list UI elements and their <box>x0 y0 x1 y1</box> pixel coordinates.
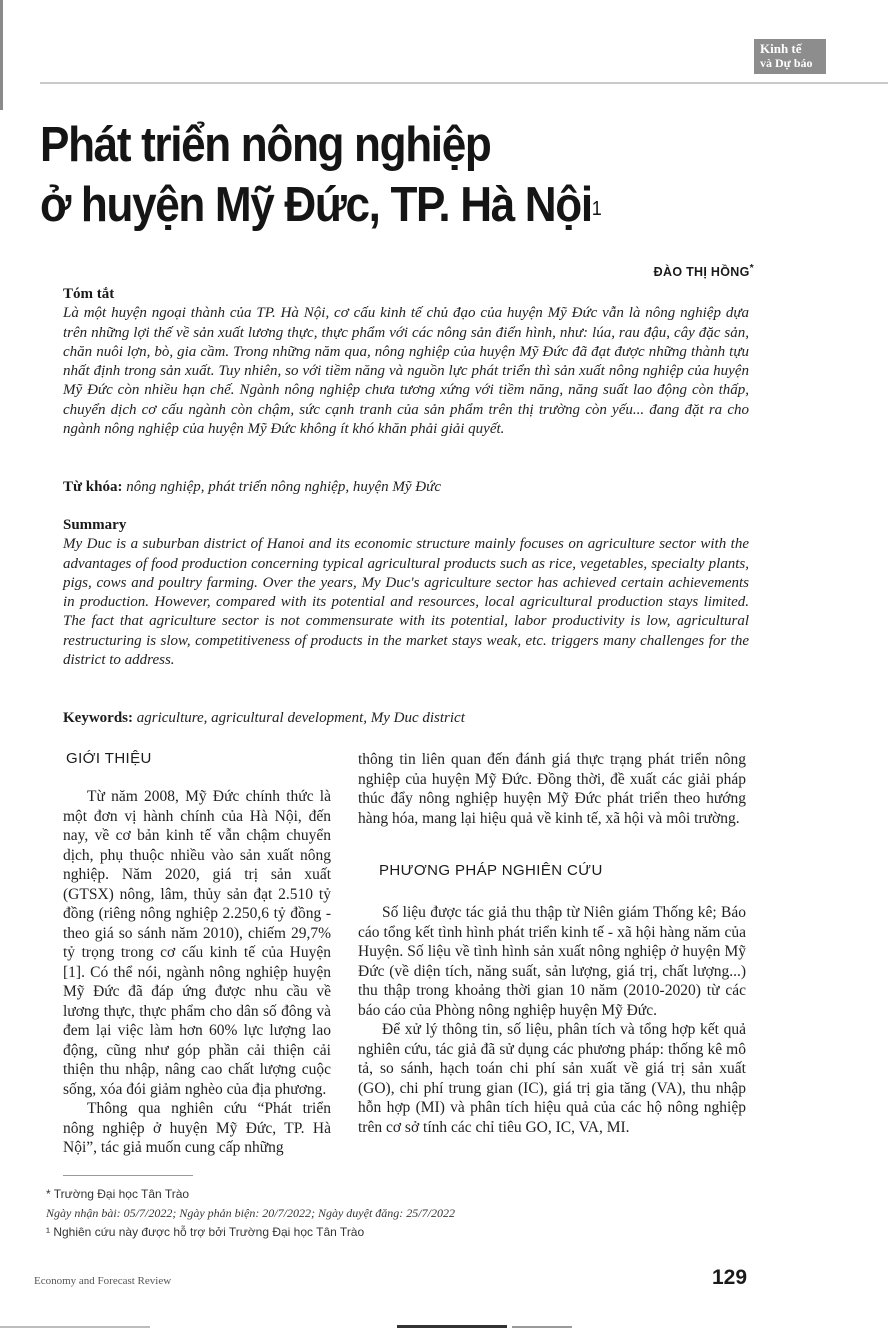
logo-line-1: Kinh tế <box>760 42 820 56</box>
intro-paragraph-2: Thông qua nghiên cứu “Phát triển nông ng… <box>63 1099 331 1158</box>
footnotes: * Trường Đại học Tân Trào Ngày nhận bài:… <box>46 1185 455 1242</box>
intro-paragraph-1: Từ năm 2008, Mỹ Đức chính thức là một đơ… <box>63 787 331 1099</box>
title-footnote-mark: 1 <box>592 198 601 220</box>
header-divider <box>40 82 888 84</box>
title-line-2: ở huyện Mỹ Đức, TP. Hà Nội1 <box>40 175 724 235</box>
section-heading-intro: GIỚI THIỆU <box>66 750 152 767</box>
abstract-vietnamese: Tóm tắt Là một huyện ngoại thành của TP.… <box>63 285 749 439</box>
footnote-dates: Ngày nhận bài: 05/7/2022; Ngày phản biện… <box>46 1204 455 1223</box>
logo-line-2: và Dự báo <box>760 56 820 70</box>
title-line-1: Phát triển nông nghiệp <box>40 115 724 175</box>
section-heading-methods: PHƯƠNG PHÁP NGHIÊN CỨU <box>379 862 603 879</box>
abstract-en-heading: Summary <box>63 516 749 535</box>
article-title: Phát triển nông nghiệp ở huyện Mỹ Đức, T… <box>40 115 724 235</box>
keywords-vietnamese: Từ khóa: nông nghiệp, phát triển nông ng… <box>63 479 441 496</box>
methods-paragraph-2: Để xử lý thông tin, số liệu, phân tích v… <box>358 1020 746 1137</box>
methods-paragraph-1: Số liệu được tác giả thu thập từ Niên gi… <box>358 903 746 1020</box>
column-right-methods: Số liệu được tác giả thu thập từ Niên gi… <box>358 903 746 1137</box>
author-name: ĐÀO THỊ HỒNG* <box>654 263 754 279</box>
abstract-en-text: My Duc is a suburban district of Hanoi a… <box>63 535 749 670</box>
journal-page: Kinh tế và Dự báo Phát triển nông nghiệp… <box>0 0 888 1330</box>
intro-paragraph-2-continued: thông tin liên quan đến đánh giá thực tr… <box>358 750 746 828</box>
keywords-english: Keywords: agriculture, agricultural deve… <box>63 710 465 727</box>
journal-name-footer: Economy and Forecast Review <box>34 1275 171 1287</box>
page-number: 129 <box>712 1266 747 1290</box>
abstract-english: Summary My Duc is a suburban district of… <box>63 516 749 670</box>
page-edge <box>0 0 3 110</box>
column-right-top: thông tin liên quan đến đánh giá thực tr… <box>358 750 746 828</box>
next-page-edge <box>0 1323 888 1330</box>
column-left: Từ năm 2008, Mỹ Đức chính thức là một đơ… <box>63 787 331 1158</box>
journal-logo: Kinh tế và Dự báo <box>754 39 826 74</box>
abstract-vi-text: Là một huyện ngoại thành của TP. Hà Nội,… <box>63 304 749 439</box>
footnote-divider <box>63 1175 193 1176</box>
footnote-funding: ¹ Nghiên cứu này được hỗ trợ bởi Trường … <box>46 1223 455 1242</box>
abstract-vi-heading: Tóm tắt <box>63 285 749 304</box>
footnote-affiliation: * Trường Đại học Tân Trào <box>46 1185 455 1204</box>
